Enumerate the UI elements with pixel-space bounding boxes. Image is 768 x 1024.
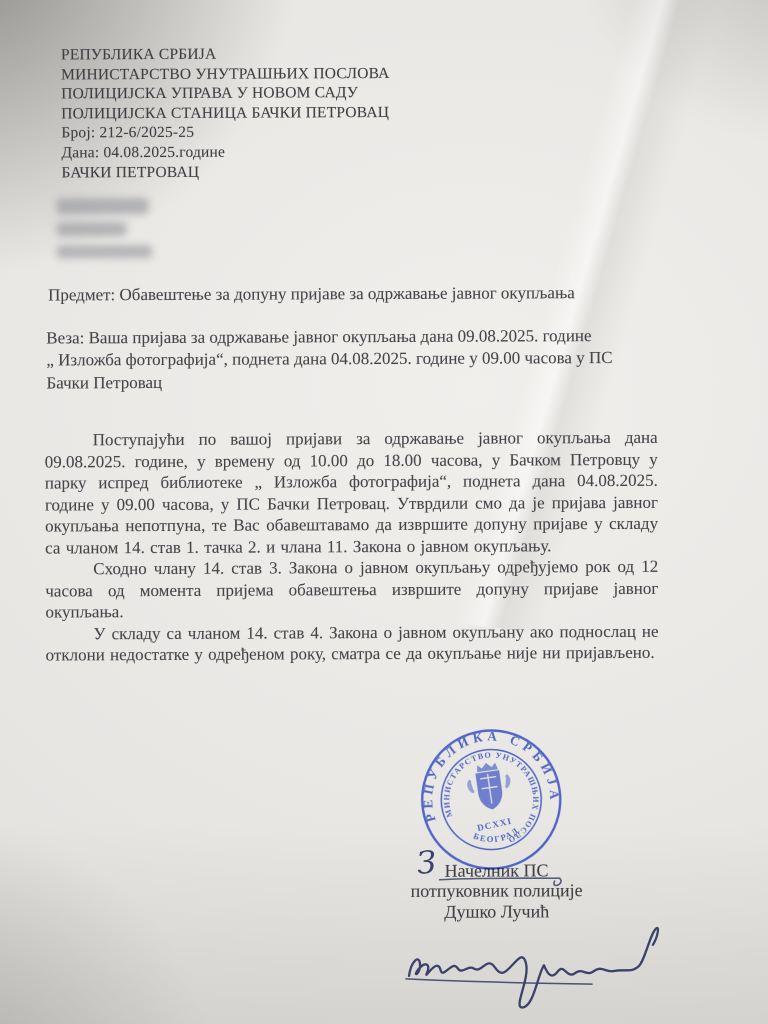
reference-block: Веза: Ваша пријава за одржавање јавног о… (46, 325, 613, 394)
subject-line: Предмет: Обавештење за допуну пријаве за… (48, 283, 575, 305)
signature-scribble (406, 928, 658, 1008)
document-photo: РЕПУБЛИКА СРБИЈА МИНИСТАРСТВО УНУТРАШЊИХ… (0, 0, 768, 1024)
doc-date: Дана: 04.08.2025.године (61, 142, 390, 163)
coat-of-arms-icon (466, 760, 513, 812)
letterhead-station: ПОЛИЦИЈСКА СТАНИЦА БАЧКИ ПЕТРОВАЦ (61, 103, 390, 124)
letter-body: Поступајући по вашој пријави за одржавањ… (45, 427, 659, 666)
body-paragraph: Поступајући по вашој пријави за одржавањ… (45, 427, 659, 559)
letterhead-ministry: МИНИСТАРСТВО УНУТРАШЊИХ ПОСЛОВА (61, 64, 390, 85)
doc-number: Број: 212-6/2025-25 (61, 122, 390, 143)
body-paragraph: Сходно члану 14. став 3. Закона о јавном… (45, 556, 658, 623)
title-underline-stroke (440, 878, 561, 886)
reference-line: Веза: Ваша пријава за одржавање јавног о… (46, 325, 612, 350)
body-paragraph: У складу са чланом 14. став 4. Закона о … (45, 620, 658, 666)
reference-line: „ Изложба фотографија“, поднета дана 04.… (46, 347, 612, 372)
doc-place: БАЧКИ ПЕТРОВАЦ (61, 162, 390, 183)
redacted-line (57, 245, 152, 258)
handwritten-ink: З (389, 827, 682, 1024)
letterhead-country: РЕПУБЛИКА СРБИЈА (61, 44, 390, 65)
recipient-redacted-block (57, 198, 167, 258)
letter-sheet: РЕПУБЛИКА СРБИЈА МИНИСТАРСТВО УНУТРАШЊИХ… (0, 0, 768, 1024)
reference-line: Бачки Петровац (46, 370, 612, 395)
letterhead-directorate: ПОЛИЦИЈСКА УПРАВА У НОВОМ САДУ (61, 83, 390, 104)
redacted-line (57, 198, 149, 214)
letterhead: РЕПУБЛИКА СРБИЈА МИНИСТАРСТВО УНУТРАШЊИХ… (61, 44, 390, 183)
redacted-line (57, 222, 127, 236)
handwritten-za-mark: З (416, 845, 438, 882)
